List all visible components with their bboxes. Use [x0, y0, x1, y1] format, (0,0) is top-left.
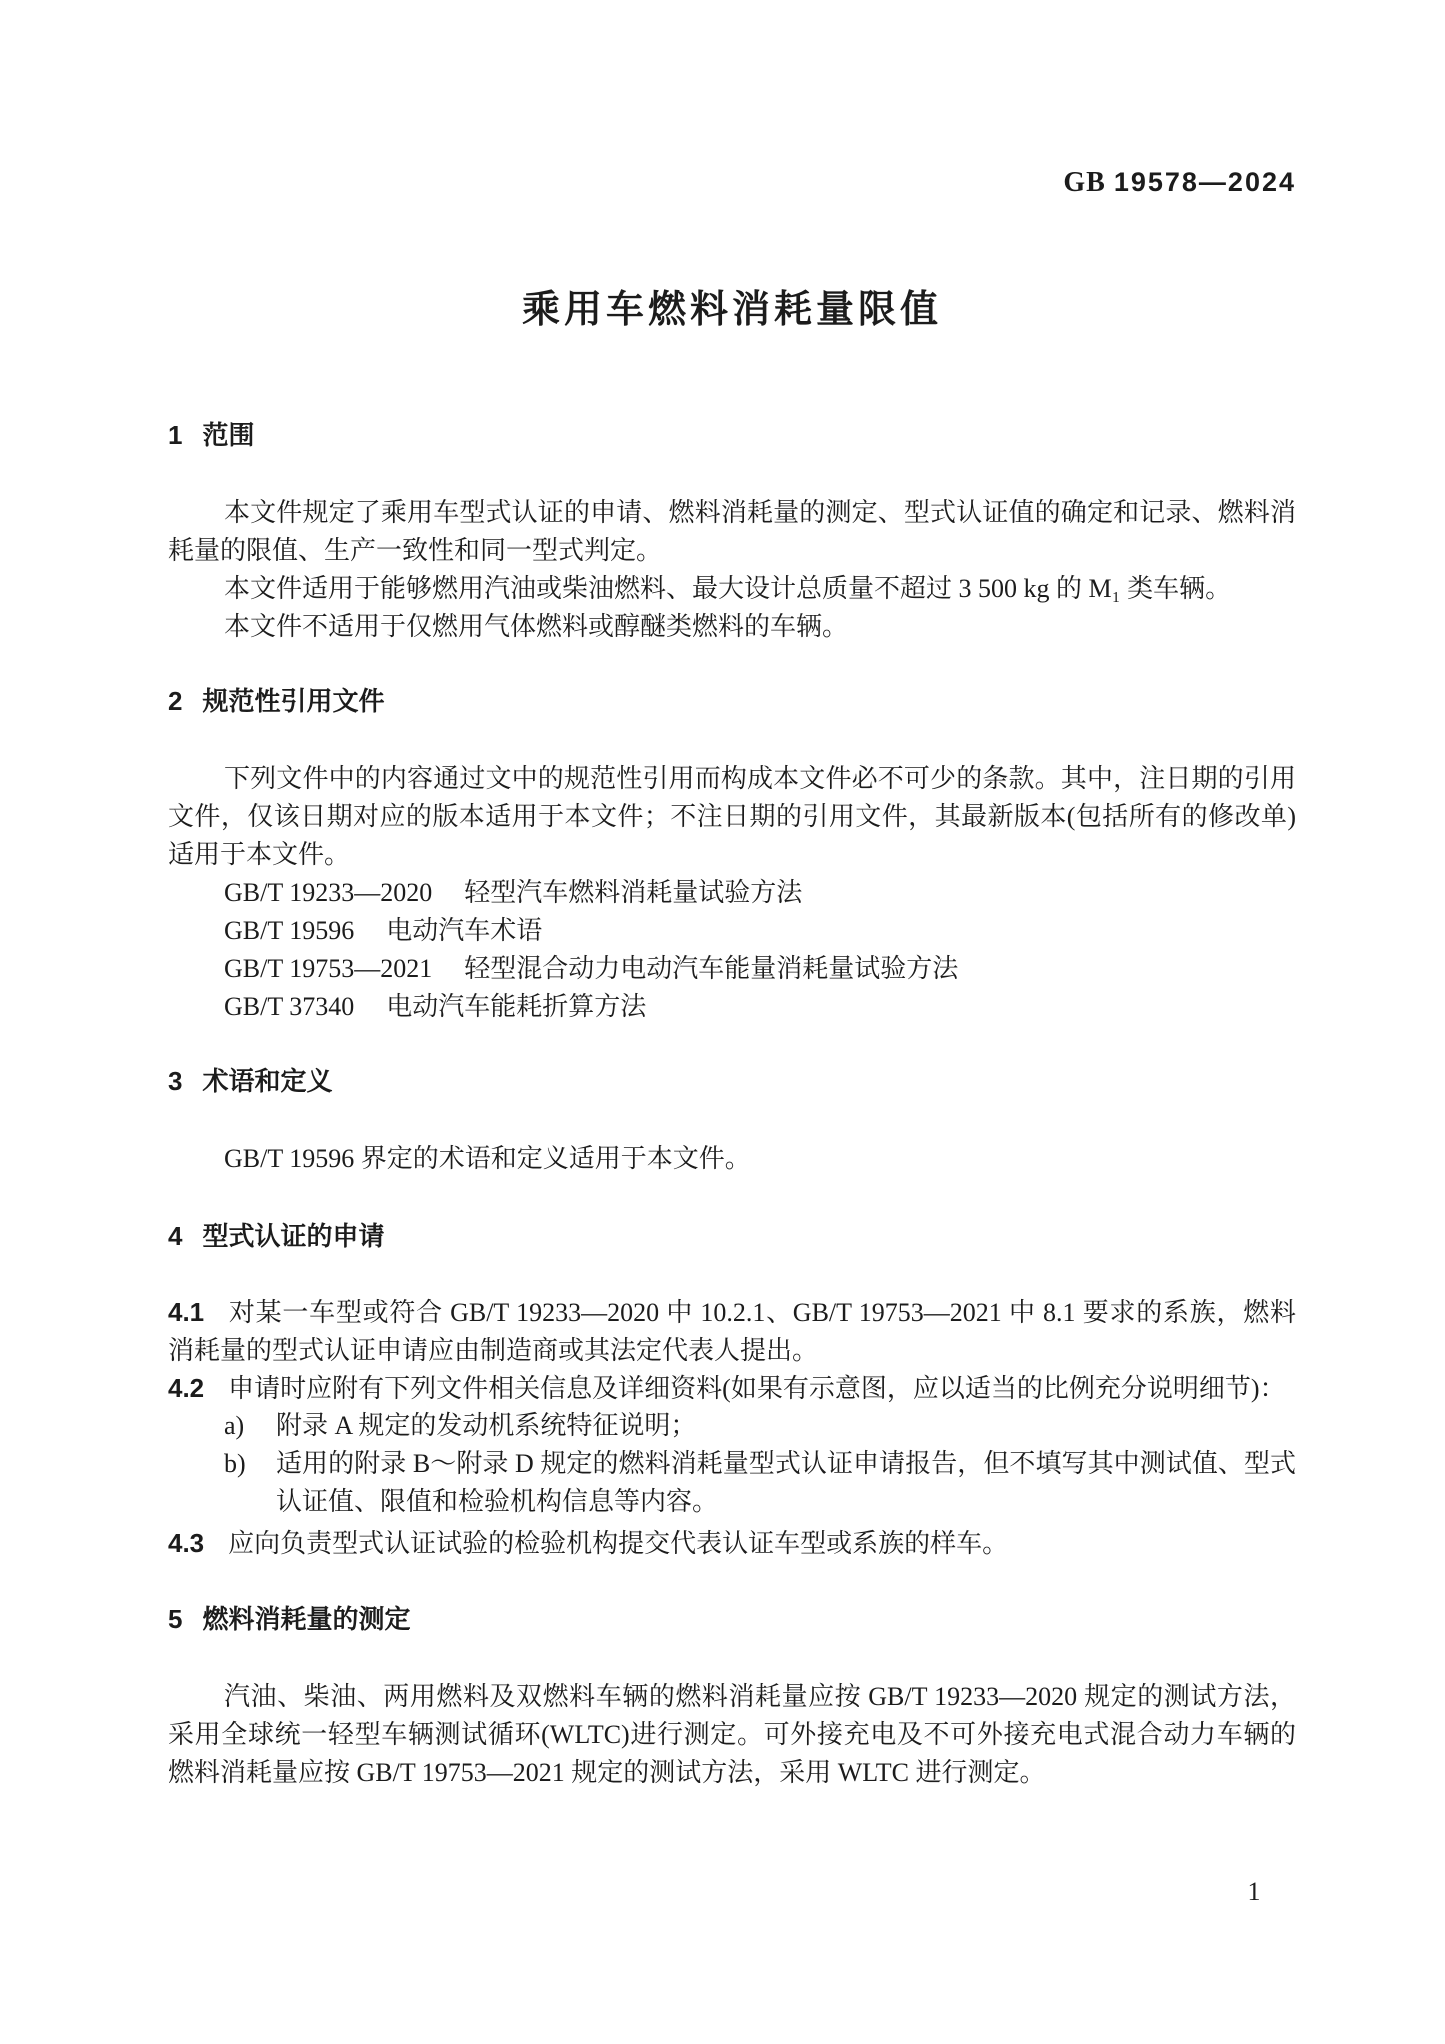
- section-4-number: 4: [168, 1217, 182, 1255]
- section-1-heading: 1范围: [168, 416, 1296, 454]
- reference-code: GB/T 19753—2021: [224, 954, 432, 983]
- section-2-heading-text: 规范性引用文件: [202, 686, 384, 716]
- section-5-number: 5: [168, 1600, 182, 1638]
- list-text: 适用的附录 B～附录 D 规定的燃料消耗量型式认证申请报告，但不填写其中测试值、…: [276, 1449, 1296, 1516]
- list-marker: a): [224, 1407, 244, 1445]
- doc-title: 乘用车燃料消耗量限值: [168, 286, 1296, 334]
- section-5-heading-text: 燃料消耗量的测定: [202, 1604, 410, 1634]
- page-number: 1: [1224, 1876, 1284, 1908]
- list-item-a: a)附录 A 规定的发动机系统特征说明；: [168, 1407, 1296, 1445]
- section-3-heading: 3术语和定义: [168, 1062, 1296, 1100]
- section-1-number: 1: [168, 416, 182, 454]
- section-2-number: 2: [168, 682, 182, 720]
- paragraph: 本文件适用于能够燃用汽油或柴油燃料、最大设计总质量不超过 3 500 kg 的 …: [168, 570, 1296, 608]
- reference-code: GB/T 37340: [224, 992, 354, 1021]
- section-2-heading: 2规范性引用文件: [168, 682, 1296, 720]
- clause-4-1: 4.1对某一车型或符合 GB/T 19233—2020 中 10.2.1、GB/…: [168, 1293, 1296, 1370]
- clause-text: 申请时应附有下列文件相关信息及详细资料(如果有示意图，应以适当的比例充分说明细节…: [228, 1374, 1285, 1403]
- clause-number: 4.2: [168, 1373, 204, 1403]
- paragraph: 本文件不适用于仅燃用气体燃料或醇醚类燃料的车辆。: [168, 608, 1296, 646]
- standard-label: GB: [1063, 167, 1105, 198]
- list-item-b: b)适用的附录 B～附录 D 规定的燃料消耗量型式认证申请报告，但不填写其中测试…: [168, 1445, 1296, 1521]
- paragraph: GB/T 19596 界定的术语和定义适用于本文件。: [168, 1140, 1296, 1178]
- clause-text: 对某一车型或符合 GB/T 19233—2020 中 10.2.1、GB/T 1…: [168, 1298, 1296, 1365]
- standard-code: 19578—2024: [1114, 167, 1296, 197]
- clause-4-2-list: a)附录 A 规定的发动机系统特征说明； b)适用的附录 B～附录 D 规定的燃…: [168, 1407, 1296, 1521]
- document-page: GB19578—2024 乘用车燃料消耗量限值 1范围 本文件规定了乘用车型式认…: [0, 0, 1445, 2044]
- section-4-heading-text: 型式认证的申请: [202, 1221, 384, 1251]
- reference-title: 电动汽车能耗折算方法: [386, 992, 646, 1021]
- clause-4-3: 4.3应向负责型式认证试验的检验机构提交代表认证车型或系族的样车。: [168, 1524, 1296, 1563]
- section-3-number: 3: [168, 1062, 182, 1100]
- list-marker: b): [224, 1445, 246, 1483]
- reference-item: GB/T 19596电动汽车术语: [168, 912, 1296, 950]
- reference-title: 电动汽车术语: [386, 916, 542, 945]
- paragraph: 本文件规定了乘用车型式认证的申请、燃料消耗量的测定、型式认证值的确定和记录、燃料…: [168, 494, 1296, 570]
- section-5-heading: 5燃料消耗量的测定: [168, 1600, 1296, 1638]
- reference-code: GB/T 19596: [224, 916, 354, 945]
- clause-4-2: 4.2申请时应附有下列文件相关信息及详细资料(如果有示意图，应以适当的比例充分说…: [168, 1369, 1296, 1408]
- clause-text: 应向负责型式认证试验的检验机构提交代表认证车型或系族的样车。: [228, 1529, 1008, 1558]
- paragraph: 下列文件中的内容通过文中的规范性引用而构成本文件必不可少的条款。其中，注日期的引…: [168, 760, 1296, 874]
- list-text: 附录 A 规定的发动机系统特征说明；: [276, 1411, 696, 1440]
- reference-item: GB/T 37340电动汽车能耗折算方法: [168, 988, 1296, 1026]
- clause-number: 4.1: [168, 1297, 204, 1327]
- reference-code: GB/T 19233—2020: [224, 878, 432, 907]
- section-3-heading-text: 术语和定义: [202, 1066, 332, 1096]
- reference-item: GB/T 19753—2021轻型混合动力电动汽车能量消耗量试验方法: [168, 950, 1296, 988]
- paragraph: 汽油、柴油、两用燃料及双燃料车辆的燃料消耗量应按 GB/T 19233—2020…: [168, 1678, 1296, 1792]
- section-4-heading: 4型式认证的申请: [168, 1217, 1296, 1255]
- section-1-heading-text: 范围: [202, 420, 254, 450]
- reference-item: GB/T 19233—2020轻型汽车燃料消耗量试验方法: [168, 874, 1296, 912]
- reference-title: 轻型汽车燃料消耗量试验方法: [464, 878, 802, 907]
- clause-number: 4.3: [168, 1528, 204, 1558]
- reference-title: 轻型混合动力电动汽车能量消耗量试验方法: [464, 954, 958, 983]
- reference-list: GB/T 19233—2020轻型汽车燃料消耗量试验方法 GB/T 19596电…: [168, 874, 1296, 1026]
- doc-number-header: GB19578—2024: [168, 166, 1296, 199]
